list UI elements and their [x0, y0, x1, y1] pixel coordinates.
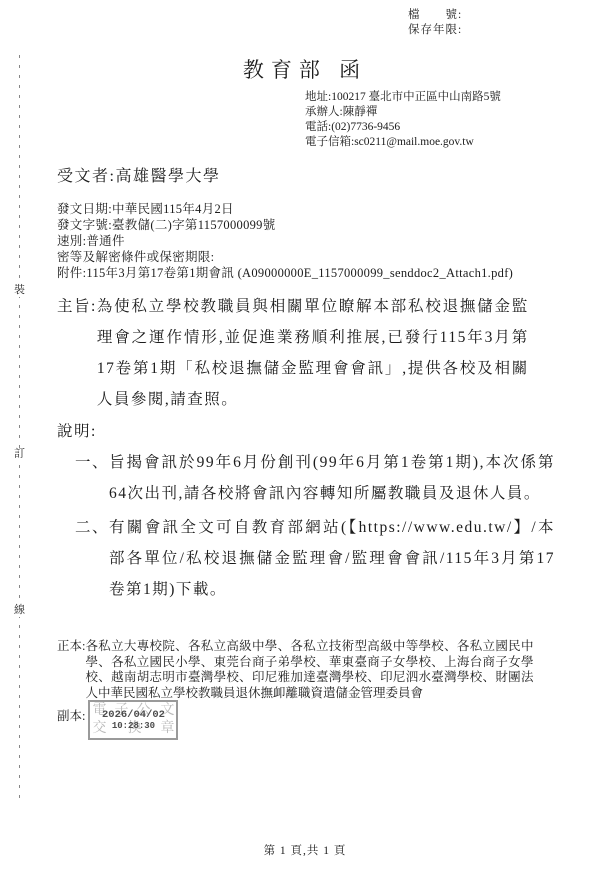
item-text: 旨揭會訊於99年6月份創刊(99年6月第1卷第1期),本次係第64次出刊,請各校…	[109, 447, 555, 509]
item-number: 二、	[75, 512, 109, 605]
issue-number: 發文字號:臺教儲(二)字第1157000099號	[57, 217, 513, 233]
electronic-exchange-stamp: 電 子 公 文 交 換 章 2026/04/02 10:28:30	[88, 700, 178, 740]
sender-address: 地址:100217 臺北市中正區中山南路5號	[305, 90, 501, 105]
stamp-datetime-overlay: 2026/04/02 10:28:30	[90, 702, 176, 738]
recipient-line: 受文者:高雄醫學大學	[57, 163, 220, 186]
page-number-footer: 第 1 頁,共 1 頁	[0, 842, 610, 858]
retention-period-label: 保存年限:	[408, 23, 462, 38]
explanation-items: 一、 旨揭會訊於99年6月份創刊(99年6月第1卷第1期),本次係第64次出刊,…	[75, 447, 555, 605]
item-text: 有關會訊全文可自教育部網站(【https://www.edu.tw/】/本部各單…	[109, 512, 555, 605]
issue-date: 發文日期:中華民國115年4月2日	[57, 201, 513, 217]
stamp-date: 2026/04/02	[102, 710, 165, 721]
item-number: 一、	[75, 447, 109, 509]
sender-phone: 電話:(02)7736-9456	[305, 120, 501, 135]
sender-info-block: 地址:100217 臺北市中正區中山南路5號 承辦人:陳靜禪 電話:(02)77…	[305, 90, 501, 150]
original-label: 正本:	[57, 639, 85, 701]
explanation-item-2: 二、 有關會訊全文可自教育部網站(【https://www.edu.tw/】/本…	[75, 512, 555, 605]
explanation-item-1: 一、 旨揭會訊於99年6月份創刊(99年6月第1卷第1期),本次係第64次出刊,…	[75, 447, 555, 509]
subject-text: 為使私立學校教職員與相關單位瞭解本部私校退撫儲金監理會之運作情形,並促進業務順利…	[97, 291, 529, 415]
binding-mark-ding: 訂	[12, 448, 27, 461]
sender-contact-person: 承辦人:陳靜禪	[305, 105, 501, 120]
file-number-block: 檔 號: 保存年限:	[408, 8, 462, 37]
document-title: 教育部 函	[0, 54, 610, 84]
original-recipients-text: 各私立大專校院、各私立高級中學、各私立技術型高級中等學校、各私立國民中學、各私立…	[85, 639, 533, 701]
priority: 速別:普通件	[57, 233, 513, 249]
copy-recipients-section: 副本: 電 子 公 文 交 換 章 2026/04/02 10:28:30	[57, 700, 178, 740]
official-letter-page: 裝 訂 線 檔 號: 保存年限: 教育部 函 地址:100217 臺北市中正區中…	[0, 0, 610, 872]
binding-dotted-line	[19, 55, 20, 803]
security-classification: 密等及解密條件或保密期限:	[57, 249, 513, 265]
subject-label: 主旨:	[57, 291, 97, 415]
binding-mark-xian: 線	[12, 604, 27, 617]
file-number-label: 檔 號:	[408, 8, 462, 23]
attachment-line: 附件:115年3月第17卷第1期會訊 (A09000000E_115700009…	[57, 265, 513, 281]
sender-email: 電子信箱:sc0211@mail.moe.gov.tw	[305, 135, 501, 150]
subject-section: 主旨: 為使私立學校教職員與相關單位瞭解本部私校退撫儲金監理會之運作情形,並促進…	[57, 291, 529, 415]
binding-mark-zhuang: 裝	[12, 284, 27, 297]
stamp-time: 10:28:30	[112, 721, 155, 731]
document-meta-block: 發文日期:中華民國115年4月2日 發文字號:臺教儲(二)字第115700009…	[57, 201, 513, 281]
original-recipients-section: 正本: 各私立大專校院、各私立高級中學、各私立技術型高級中等學校、各私立國民中學…	[57, 639, 533, 701]
copy-label: 副本:	[57, 706, 85, 724]
explanation-label: 說明:	[57, 419, 97, 441]
